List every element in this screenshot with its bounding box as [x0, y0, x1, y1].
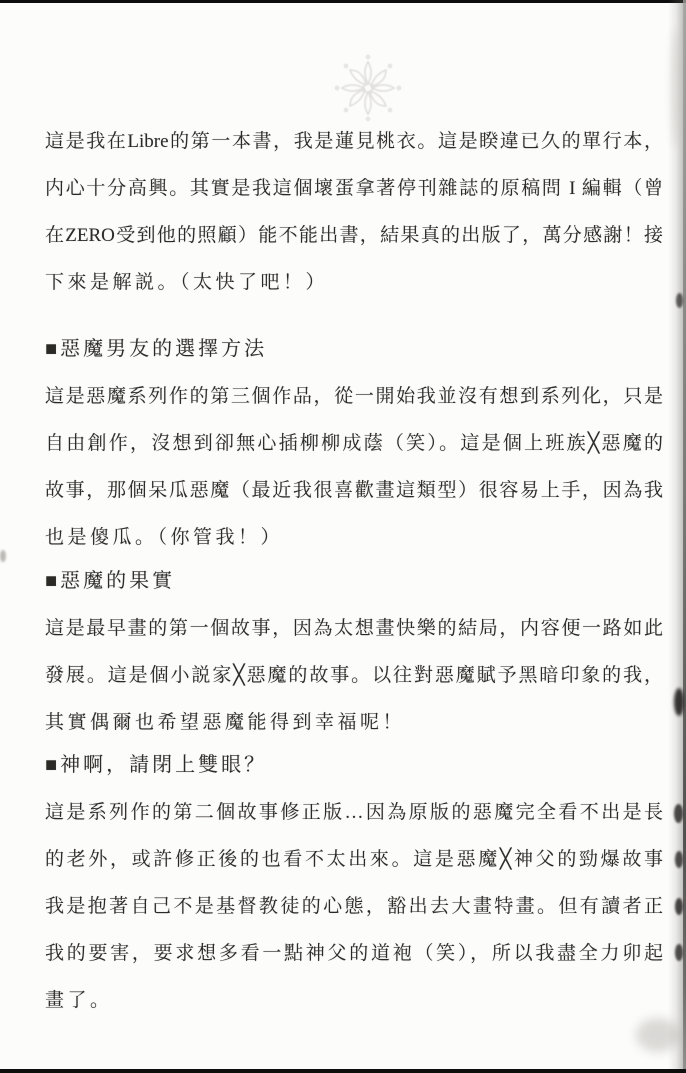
scan-smudge [674, 688, 684, 716]
text-line: 自由創作，沒想到卻無心插柳柳成蔭（笑）。這是個上班族╳惡魔的 [45, 420, 663, 467]
text-line: 我的要害，要求想多看一點神父的道袍（笑），所以我盡全力卯起 [45, 930, 663, 977]
text-line: 這是惡魔系列作的第三個作品，從一開始我並沒有想到系列化，只是 [45, 373, 663, 420]
scan-smudge [0, 550, 6, 562]
scan-smudge [675, 898, 683, 915]
scan-smudge [675, 851, 683, 868]
section-heading: ■神啊，請閉上雙眼？ [45, 742, 663, 789]
scan-smudge [674, 804, 683, 823]
text-line: 我是抱著自己不是基督教徒的心態，豁出去大畫特畫。但有讀者正 [45, 883, 663, 930]
text-line: 下來是解説。（太快了吧！） [45, 259, 663, 306]
text-line: 的老外，或許修正後的也看不太出來。這是惡魔╳神父的勁爆故事 [45, 836, 663, 883]
text-line: 發展。這是個小説家╳惡魔的故事。以往對惡魔賦予黑暗印象的我， [45, 652, 663, 699]
text-line: 内心十分高興。其實是我這個壞蛋拿著停刊雜誌的原稿問 I 編輯（曾 [45, 165, 663, 212]
section-god-close-eyes: ■神啊，請閉上雙眼？ 這是系列作的第二個故事修正版…因為原版的惡魔完全看不出是長… [45, 742, 663, 1024]
section-heading: ■惡魔男友的選擇方法 [45, 326, 663, 373]
text-line: 畫了。 [45, 977, 663, 1024]
text-line: 這是系列作的第二個故事修正版…因為原版的惡魔完全看不出是長 [45, 789, 663, 836]
text-line: 其實偶爾也希望惡魔能得到幸福呢！ [45, 699, 663, 746]
scan-smudge [670, 28, 682, 148]
text-line: 這是我在Libre的第一本書，我是蓮見桃衣。這是睽違已久的單行本， [45, 118, 663, 165]
text-line: 在ZERO受到他的照顧）能不能出書，結果真的出版了，萬分感謝！接 [45, 212, 663, 259]
text-line: 故事，那個呆瓜惡魔（最近我很喜歡畫這類型）很容易上手，因為我 [45, 467, 663, 514]
scan-edge-top [0, 0, 686, 3]
intro-paragraph: 這是我在Libre的第一本書，我是蓮見桃衣。這是睽違已久的單行本， 内心十分高興… [45, 118, 663, 306]
section-devil-boyfriend: ■惡魔男友的選擇方法 這是惡魔系列作的第三個作品，從一開始我並沒有想到系列化，只… [45, 326, 663, 561]
scan-edge-bottom [0, 1069, 686, 1073]
scan-smudge [636, 1018, 680, 1052]
text-line: 這是最早畫的第一個故事，因為太想畫快樂的結局，内容便一路如此 [45, 605, 663, 652]
scan-smudge [676, 293, 683, 308]
scan-smudge [675, 944, 683, 961]
text-line: 也是傻瓜。（你管我！） [45, 514, 663, 561]
scanned-page: 這是我在Libre的第一本書，我是蓮見桃衣。這是睽違已久的單行本， 内心十分高興… [0, 0, 686, 1073]
section-devil-fruit: ■惡魔的果實 這是最早畫的第一個故事，因為太想畫快樂的結局，内容便一路如此 發展… [45, 558, 663, 746]
section-heading: ■惡魔的果實 [45, 558, 663, 605]
floral-stamp-icon [324, 50, 412, 126]
